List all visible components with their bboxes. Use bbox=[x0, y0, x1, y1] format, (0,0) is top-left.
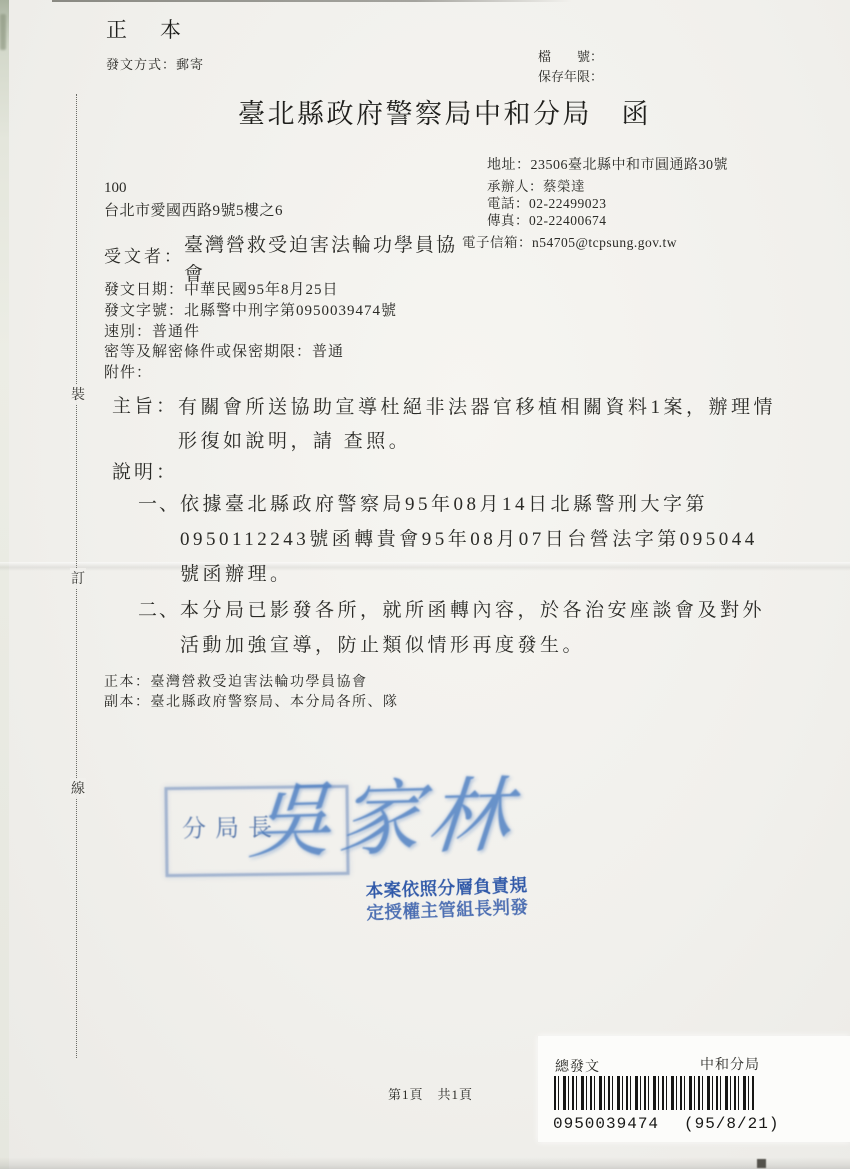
subject-text: 有關會所送協助宣導杜絕非法器官移植相關資料1案，辦理情形復如說明，請 查照。 bbox=[178, 391, 778, 459]
doc-number: 發文字號：北縣警中刑字第0950039474號 bbox=[104, 301, 397, 322]
subject-row: 主旨： 有關會所送協助宣導杜絕非法器官移植相關資料1案，辦理情形復如說明，請 查… bbox=[112, 391, 778, 459]
scan-edge-top bbox=[52, 0, 572, 2]
sender-contact-block: 承辦人：蔡榮達 電話：02-22499023 傳真：02-22400674 bbox=[487, 178, 607, 229]
item-text: 本分局已影發各所，就所函轉內容，於各治安座談會及對外活動加強宣導，防止類似情形再… bbox=[180, 593, 780, 663]
chief-signature: 吳家林 bbox=[245, 750, 521, 874]
attachment-label: 附件： bbox=[104, 363, 397, 384]
chief-stamp-group: 分局長 吳家林 bbox=[160, 762, 590, 892]
page-info: 第1頁 共1頁 bbox=[388, 1084, 473, 1103]
copy-to: 副本：臺北縣政府警察局、本分局各所、隊 bbox=[104, 693, 399, 713]
sender-contact-person: 承辦人：蔡榮達 bbox=[487, 178, 607, 195]
distribution-block: 正本：臺灣營救受迫害法輪功學員協會 副本：臺北縣政府警察局、本分局各所、隊 bbox=[104, 673, 399, 713]
delegation-stamp: 本案依照分層負責規 定授權主管組長判發 bbox=[365, 874, 529, 924]
explanation-items: 一、 依據臺北縣政府警察局95年08月14日北縣警刑大字第0950112243號… bbox=[138, 487, 798, 663]
explanation-item-1: 一、 依據臺北縣政府警察局95年08月14日北縣警刑大字第0950112243號… bbox=[138, 487, 798, 593]
dispatch-date: (95/8/21) bbox=[684, 1115, 779, 1133]
delivery-method: 發文方式：郵寄 bbox=[106, 54, 204, 73]
binding-char-ding: 訂 bbox=[70, 568, 86, 588]
speed-class: 速別：普通件 bbox=[104, 322, 397, 343]
dispatch-sticker: 總發文 中和分局 0950039474 (95/8/21) bbox=[538, 1036, 850, 1142]
issue-date: 發文日期：中華民國95年8月25日 bbox=[104, 280, 397, 301]
sender-fax: 傳真：02-22400674 bbox=[487, 212, 607, 229]
copy-type-label: 正 本 bbox=[106, 14, 187, 44]
explanation-item-2: 二、 本分局已影發各所，就所函轉內容，於各治安座談會及對外活動加強宣導，防止類似… bbox=[138, 593, 798, 663]
dispatch-left-label: 總發文 bbox=[555, 1056, 600, 1076]
retention-period-label: 保存年限： bbox=[538, 66, 603, 85]
file-number-label: 檔 號： bbox=[538, 46, 603, 65]
binding-char-zhuang: 裝 bbox=[70, 384, 86, 404]
scan-edge-bottom-mark bbox=[757, 1159, 766, 1168]
explanation-label: 說明： bbox=[112, 457, 178, 484]
sender-email: 電子信箱：n54705@tcpsung.gov.tw bbox=[462, 231, 677, 251]
scan-edge-mark bbox=[0, 14, 6, 50]
scan-edge-left bbox=[0, 0, 9, 1169]
barcode-image bbox=[554, 1076, 756, 1110]
recipient-address: 台北市愛國西路9號5樓之6 bbox=[104, 199, 283, 220]
scan-edge-bottom bbox=[0, 1157, 850, 1169]
binding-char-xian: 線 bbox=[70, 778, 86, 798]
scanned-official-letter: { "document": { "copy_type": "正 本", "del… bbox=[0, 0, 850, 1169]
document-title: 臺北縣政府警察局中和分局 函 bbox=[238, 92, 651, 131]
security-class: 密等及解密條件或保密期限：普通 bbox=[104, 342, 397, 363]
dispatch-right-label: 中和分局 bbox=[700, 1054, 760, 1074]
item-text: 依據臺北縣政府警察局95年08月14日北縣警刑大字第0950112243號函轉貴… bbox=[180, 487, 780, 593]
item-number: 一、 bbox=[138, 487, 180, 593]
sender-phone: 電話：02-22499023 bbox=[487, 195, 607, 212]
original-to: 正本：臺灣營救受迫害法輪功學員協會 bbox=[104, 673, 399, 693]
recipient-postal-code: 100 bbox=[104, 180, 127, 197]
subject-label: 主旨： bbox=[112, 391, 178, 459]
item-number: 二、 bbox=[138, 593, 180, 663]
dispatch-number: 0950039474 bbox=[553, 1115, 659, 1133]
sender-address: 地址：23506臺北縣中和市圓通路30號 bbox=[487, 154, 728, 174]
document-meta-block: 發文日期：中華民國95年8月25日 發文字號：北縣警中刑字第0950039474… bbox=[104, 280, 397, 384]
